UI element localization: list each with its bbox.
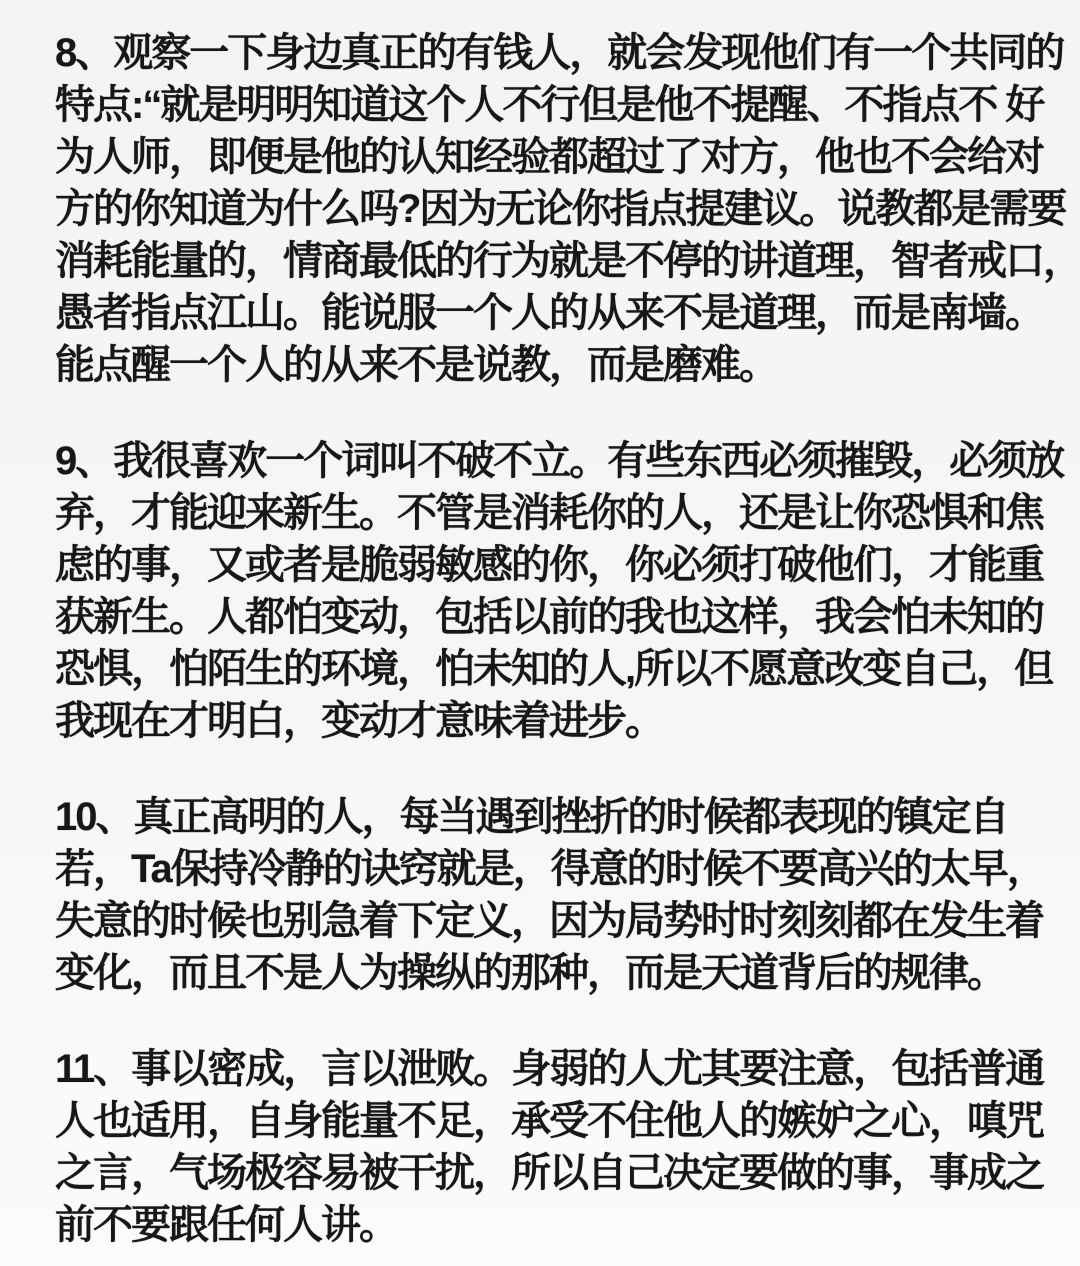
text-line: 若，Ta保持冷静的诀窍就是，得意的时候不要高兴的太早，	[55, 843, 1050, 895]
text-line: 恐惧，怕陌生的环境，怕未知的人,所以不愿意改变自己，但	[55, 643, 1050, 695]
text-line: 能点醒一个人的从来不是说教，而是磨难。	[55, 339, 1050, 391]
paragraph-8: 8、观察一下身边真正的有钱人，就会发现他们有一个共同的 特点:“就是明明知道这个…	[55, 27, 1050, 391]
text-line: 为人师，即便是他的认知经验都超过了对方，他也不会给对	[55, 131, 1050, 183]
text-line: 变化，而且不是人为操纵的那种，而是天道背后的规律。	[55, 947, 1050, 999]
text-line: 8、观察一下身边真正的有钱人，就会发现他们有一个共同的	[55, 27, 1050, 79]
text-line: 获新生。人都怕变动，包括以前的我也这样，我会怕未知的	[55, 591, 1050, 643]
text-line: 人也适用，自身能量不足，承受不住他人的嫉妒之心，嗔咒	[55, 1095, 1050, 1147]
document-page: 8、观察一下身边真正的有钱人，就会发现他们有一个共同的 特点:“就是明明知道这个…	[0, 0, 1080, 1266]
paragraph-11: 11、事以密成，言以泄败。身弱的人尤其要注意，包括普通 人也适用，自身能量不足，…	[55, 1043, 1050, 1251]
text-line: 10、真正高明的人，每当遇到挫折的时候都表现的镇定自	[55, 791, 1050, 843]
paragraph-list: 8、观察一下身边真正的有钱人，就会发现他们有一个共同的 特点:“就是明明知道这个…	[55, 27, 1050, 1251]
text-line: 愚者指点江山。能说服一个人的从来不是道理，而是南墙。	[55, 287, 1050, 339]
text-line: 虑的事，又或者是脆弱敏感的你，你必须打破他们，才能重	[55, 539, 1050, 591]
paragraph-10: 10、真正高明的人，每当遇到挫折的时候都表现的镇定自 若，Ta保持冷静的诀窍就是…	[55, 791, 1050, 999]
text-line: 我现在才明白，变动才意味着进步。	[55, 695, 1050, 747]
text-line: 之言，气场极容易被干扰，所以自己决定要做的事，事成之	[55, 1147, 1050, 1199]
text-line: 方的你知道为什么吗?因为无论你指点提建议。说教都是需要	[55, 183, 1050, 235]
text-line: 失意的时候也别急着下定义，因为局势时时刻刻都在发生着	[55, 895, 1050, 947]
paragraph-9: 9、我很喜欢一个词叫不破不立。有些东西必须摧毁，必须放 弃，才能迎来新生。不管是…	[55, 435, 1050, 747]
text-line: 弃，才能迎来新生。不管是消耗你的人，还是让你恐惧和焦	[55, 487, 1050, 539]
text-line: 前不要跟任何人讲。	[55, 1199, 1050, 1251]
text-line: 特点:“就是明明知道这个人不行但是他不提醒、不指点不 好	[55, 79, 1050, 131]
text-line: 11、事以密成，言以泄败。身弱的人尤其要注意，包括普通	[55, 1043, 1050, 1095]
text-line: 9、我很喜欢一个词叫不破不立。有些东西必须摧毁，必须放	[55, 435, 1050, 487]
text-line: 消耗能量的，情商最低的行为就是不停的讲道理，智者戒口，	[55, 235, 1050, 287]
